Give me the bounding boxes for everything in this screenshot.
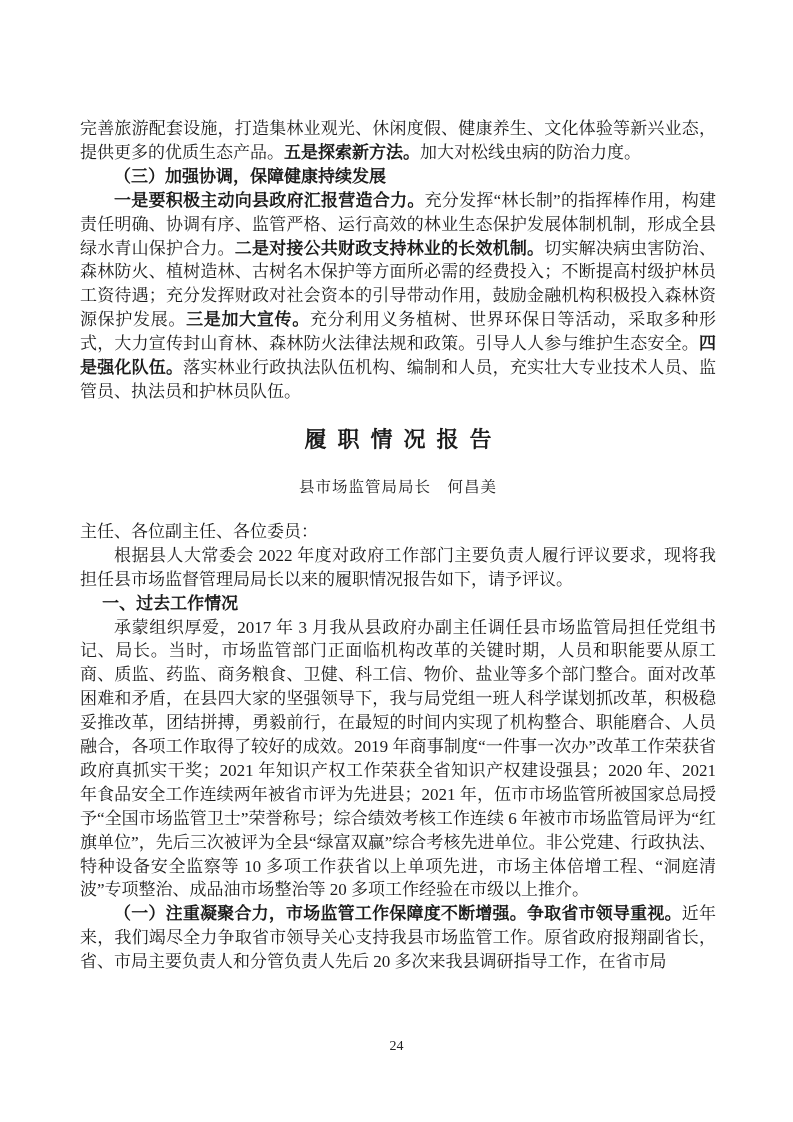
page-body: 完善旅游配套设施，打造集林业观光、休闲度假、健康养生、文化体验等新兴业态，提供更… [80, 0, 716, 974]
document-page: 完善旅游配套设施，打造集林业观光、休闲度假、健康养生、文化体验等新兴业态，提供更… [0, 0, 793, 1122]
report-author: 县市场监管局局长 何昌美 [80, 477, 716, 498]
continuation-paragraph: 完善旅游配套设施，打造集林业观光、休闲度假、健康养生、文化体验等新兴业态，提供更… [80, 117, 716, 165]
bold-emphasis-run: （一）注重凝聚合力，市场监管工作保障度不断增强。争取省市领导重视。 [114, 904, 682, 923]
bold-emphasis-run: 三是加大宣传。 [186, 310, 310, 329]
past-work-paragraph: 承蒙组织厚爱，2017 年 3 月我从县政府办副主任调任县市场监管局担任党组书记… [80, 616, 716, 903]
salutation: 主任、各位副主任、各位委员： [80, 520, 716, 544]
cohesion-paragraph: （一）注重凝聚合力，市场监管工作保障度不断增强。争取省市领导重视。近年来，我们竭… [80, 902, 716, 974]
bold-emphasis-run: 二是对接公共财政支持林业的长效机制。 [235, 239, 545, 258]
body-text-run: 加大对松线虫病的防治力度。 [420, 143, 641, 162]
page-number: 24 [0, 1038, 793, 1056]
heading-past-work: 一、过去工作情况 [80, 592, 716, 616]
measures-paragraph: 一是要积极主动向县政府汇报营造合力。充分发挥“林长制”的指挥棒作用，构建责任明确… [80, 189, 716, 404]
bold-emphasis-run: 一是要积极主动向县政府汇报营造合力。 [114, 191, 425, 210]
intro-paragraph: 根据县人大常委会 2022 年度对政府工作部门主要负责人履行评议要求，现将我担任… [80, 544, 716, 592]
section-performance-report: 履职情况报告 县市场监管局局长 何昌美 主任、各位副主任、各位委员： 根据县人大… [80, 425, 716, 974]
heading-coordination: （三）加强协调，保障健康持续发展 [80, 165, 716, 189]
section-forestry-report-end: 完善旅游配套设施，打造集林业观光、休闲度假、健康养生、文化体验等新兴业态，提供更… [80, 0, 716, 404]
bold-emphasis-run: 五是探索新方法。 [284, 143, 420, 162]
report-title: 履职情况报告 [80, 425, 716, 455]
